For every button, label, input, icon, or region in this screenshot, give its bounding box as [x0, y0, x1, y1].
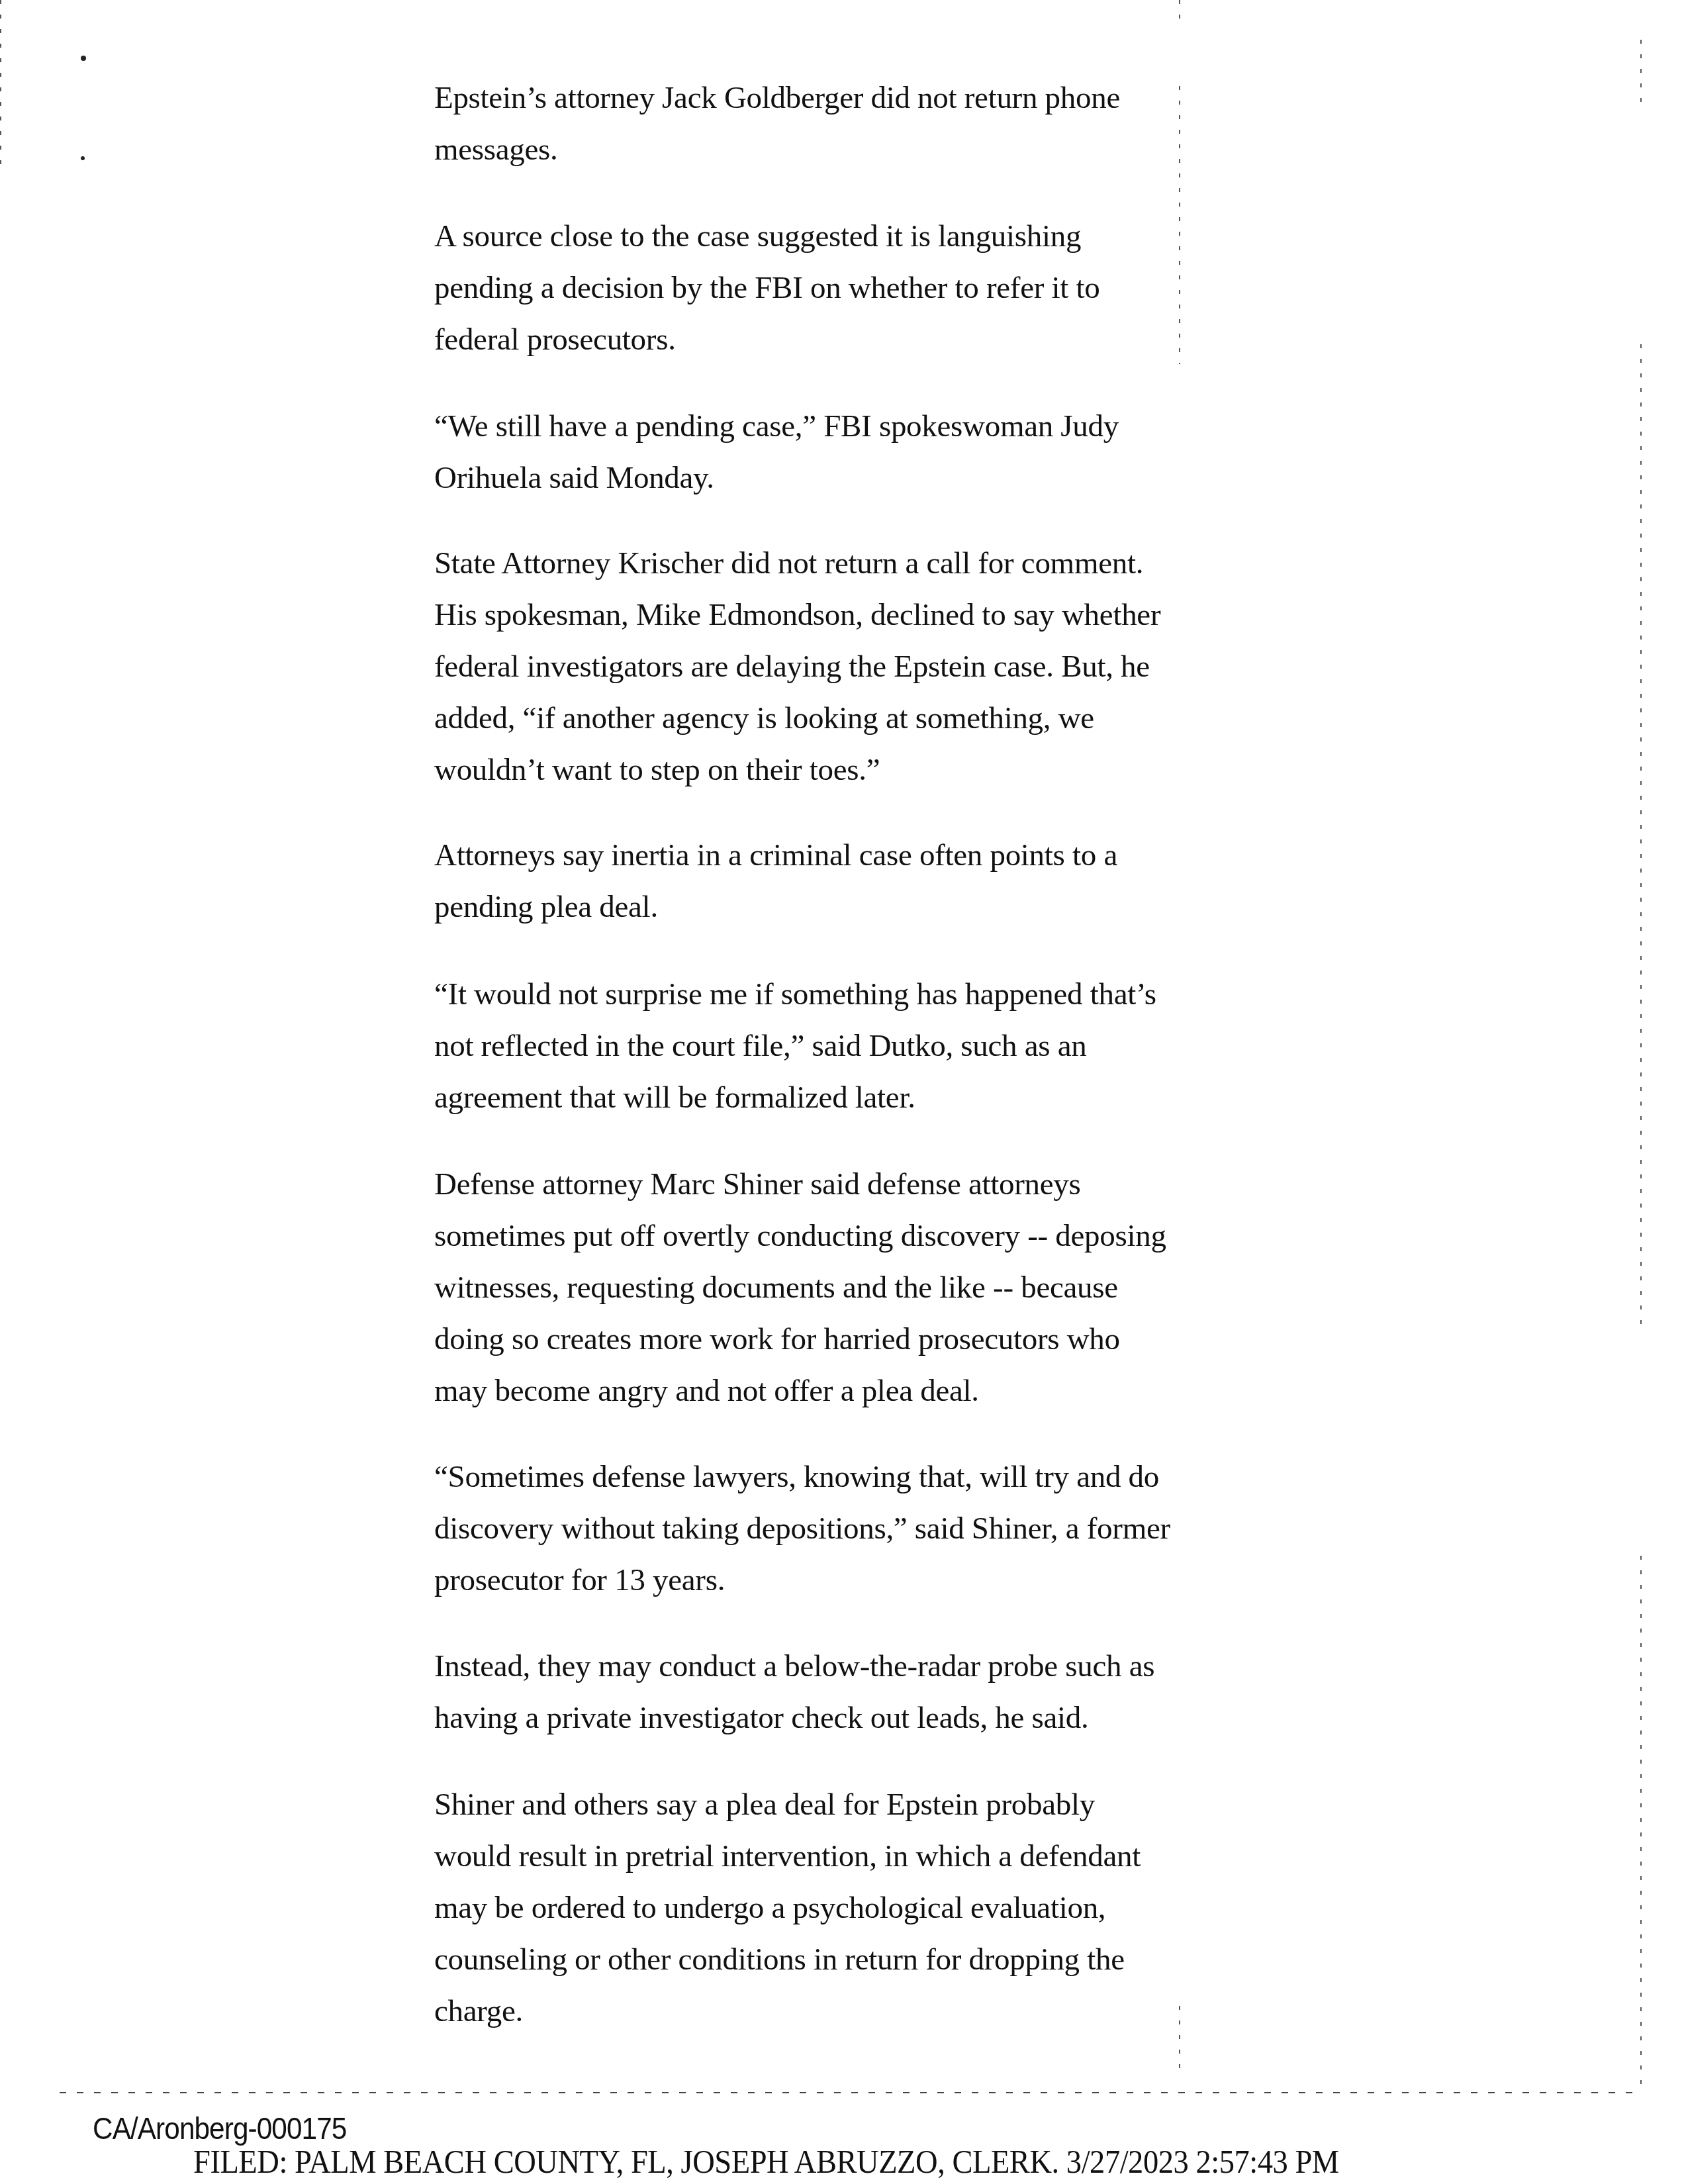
scan-speck [81, 56, 86, 61]
text-line: pending plea deal. [434, 881, 1268, 933]
text-line: Shiner and others say a plea deal for Ep… [434, 1779, 1268, 1830]
text-line: “Sometimes defense lawyers, knowing that… [434, 1451, 1268, 1503]
scan-speck [81, 156, 85, 160]
text-line: not reflected in the court file,” said D… [434, 1020, 1268, 1072]
scan-artifact-column-line [1179, 0, 1180, 20]
text-line: prosecutor for 13 years. [434, 1554, 1268, 1606]
text-line: would result in pretrial intervention, i… [434, 1830, 1268, 1882]
paragraph: Defense attorney Marc Shiner said defens… [434, 1159, 1268, 1417]
scan-artifact-right-edge [1640, 40, 1642, 113]
paragraph: “It would not surprise me if something h… [434, 969, 1268, 1123]
text-line: Epstein’s attorney Jack Goldberger did n… [434, 72, 1268, 124]
text-line: discovery without taking depositions,” s… [434, 1503, 1268, 1554]
text-line: “It would not surprise me if something h… [434, 969, 1268, 1020]
paragraph: A source close to the case suggested it … [434, 211, 1268, 365]
text-line: charge. [434, 1985, 1268, 2037]
text-line: agreement that will be formalized later. [434, 1072, 1268, 1123]
text-line: messages. [434, 124, 1268, 175]
text-line: added, “if another agency is looking at … [434, 692, 1268, 744]
text-line: Orihuela said Monday. [434, 452, 1268, 504]
text-line: may be ordered to undergo a psychologica… [434, 1882, 1268, 1934]
text-line: His spokesman, Mike Edmondson, declined … [434, 589, 1268, 641]
text-line: may become angry and not offer a plea de… [434, 1365, 1268, 1417]
paragraph: Instead, they may conduct a below-the-ra… [434, 1640, 1268, 1744]
scan-artifact-right-edge [1640, 1556, 1642, 2092]
filed-stamp: FILED: PALM BEACH COUNTY, FL, JOSEPH ABR… [193, 2142, 1339, 2181]
text-line: pending a decision by the FBI on whether… [434, 262, 1268, 314]
text-line: Instead, they may conduct a below-the-ra… [434, 1640, 1268, 1692]
paragraph: Shiner and others say a plea deal for Ep… [434, 1779, 1268, 2037]
text-line: doing so creates more work for harried p… [434, 1313, 1268, 1365]
text-line: A source close to the case suggested it … [434, 211, 1268, 262]
text-line: Defense attorney Marc Shiner said defens… [434, 1159, 1268, 1210]
paragraph: Attorneys say inertia in a criminal case… [434, 830, 1268, 933]
text-line: State Attorney Krischer did not return a… [434, 538, 1268, 589]
text-line: federal prosecutors. [434, 314, 1268, 365]
text-line: wouldn’t want to step on their toes.” [434, 744, 1268, 796]
paragraph: Epstein’s attorney Jack Goldberger did n… [434, 72, 1268, 175]
text-line: having a private investigator check out … [434, 1692, 1268, 1744]
text-line: counseling or other conditions in return… [434, 1934, 1268, 1985]
text-line: witnesses, requesting documents and the … [434, 1262, 1268, 1313]
text-line: “We still have a pending case,” FBI spok… [434, 401, 1268, 452]
text-line: federal investigators are delaying the E… [434, 641, 1268, 692]
bates-number: CA/Aronberg-000175 [93, 2111, 346, 2146]
scan-artifact-right-edge [1640, 344, 1642, 1324]
paragraph: “We still have a pending case,” FBI spok… [434, 401, 1268, 504]
text-line: Attorneys say inertia in a criminal case… [434, 830, 1268, 881]
scan-artifact-left-edge [0, 0, 1, 172]
text-line: sometimes put off overtly conducting dis… [434, 1210, 1268, 1262]
scan-artifact-bottom-line [60, 2092, 1635, 2093]
paragraph: State Attorney Krischer did not return a… [434, 538, 1268, 796]
paragraph: “Sometimes defense lawyers, knowing that… [434, 1451, 1268, 1606]
